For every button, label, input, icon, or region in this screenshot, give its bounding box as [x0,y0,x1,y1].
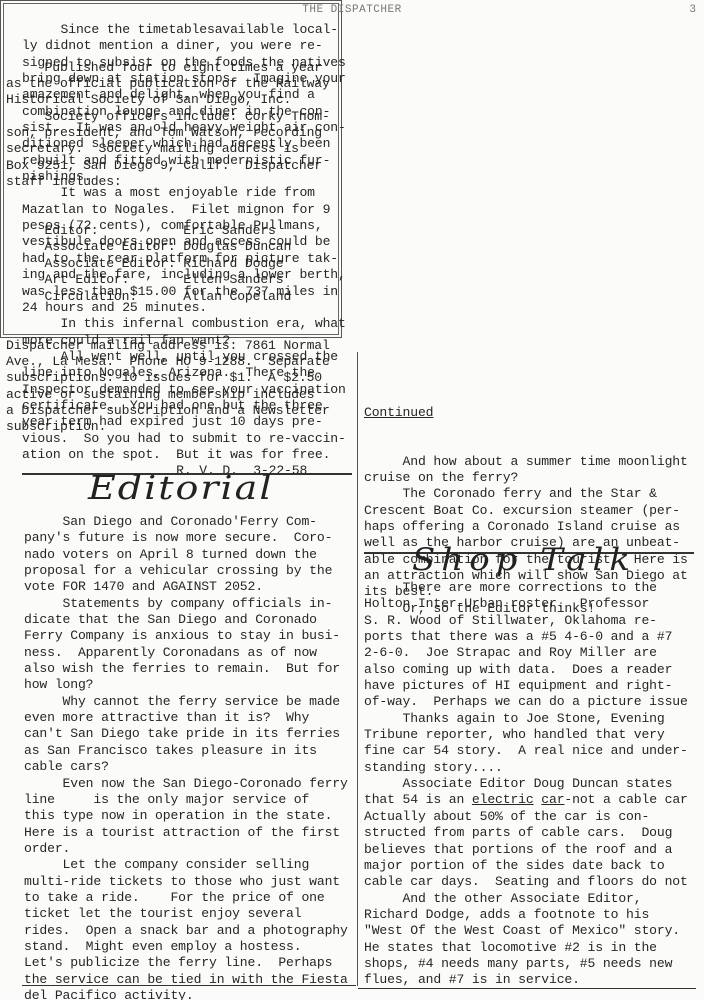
text-line: He states that locomotive #2 is in the [364,940,688,956]
text-line: even more attractive than it is? Why [24,710,356,726]
text-line: fine car 54 story. A real nice and under… [364,743,688,759]
staff-row: Associate Editor: Richard Dodge [6,256,330,272]
text-line: ness. Apparently Coronadans as of now [24,645,356,661]
text-line: cable car days. Seating and floors do no… [364,874,688,890]
text-line: order. [24,841,356,857]
text-line: Holton Inter-Urban roster. Professor [364,596,688,612]
text-line: And how about a summer time moonlight [364,454,688,470]
staff-row: Associate Editor: Douglas Duncan [6,239,330,255]
text-line: The Coronado ferry and the Star & [364,486,688,502]
text-line: a Dispatcher subscription and a Newslett… [6,403,330,419]
text-line: standing story.... [364,760,688,776]
text-line: subscriptions: 10 issues for $1. A $2.50 [6,370,330,386]
staff-list: Editor: Eric Sanders Associate Editor: D… [6,223,330,305]
text-line: haps offering a Coronado Island cruise a… [364,519,688,535]
text-line: multi-ride tickets to those who just wan… [24,874,356,890]
text-line: S. R. Wood of Stillwater, Oklahoma re- [364,613,688,629]
text-line: of-way. Perhaps we can do a picture issu… [364,694,688,710]
text-line: son, president, and Tom Watson, recordin… [6,125,330,141]
divider-editorial-end [22,985,356,986]
text-line: cable cars? [24,759,356,775]
text-line: can't San Diego take pride in its ferrie… [24,726,356,742]
text-line: del Pacifico activity. [24,988,356,1000]
text-line: also wish the ferries to remain. But for [24,661,356,677]
text-line: Let's publicize the ferry line. Perhaps [24,955,356,971]
text-line: as the official publication of the Railw… [6,76,330,92]
text-line: Associate Editor Doug Duncan states [364,776,688,792]
text-line: also coming up with data. Does a reader [364,662,688,678]
divider-shop-talk-end [358,988,696,989]
text-line: as San Francisco takes pleasure in its [24,743,356,759]
text-line: Box 9251, San Diego 9, Calif. Dispatcher [6,158,330,174]
text-line: Let the company consider selling [24,857,356,873]
text-line: this type now in operation in the state. [24,808,356,824]
column-divider [357,352,358,986]
text-line: how long? [24,677,356,693]
text-line: Society officers include: Corky Thom- [6,109,330,125]
text-line: Richard Dodge, adds a footnote to his [364,907,688,923]
text-line: nado voters on April 8 turned down the [24,547,356,563]
masthead-info: Published four to eight times a yearas t… [6,27,330,468]
masthead-footer: Dispatcher mailing address is: 7861 Norm… [6,338,330,436]
text-line: Statements by company officials in- [24,596,356,612]
staff-row: Art Editor: Ellen Sanders [6,272,330,288]
text-line: stand. Might even employ a hostess. [24,939,356,955]
text-line: dicate that the San Diego and Coronado [24,612,356,628]
text-line: ports that there was a #5 4-6-0 and a #7 [364,629,688,645]
editorial-article: San Diego and Coronado'Ferry Com-pany's … [24,514,356,1000]
text-line: flues, and #7 is in service. [364,972,688,988]
shop-talk-heading: Shop Talk [412,542,636,578]
text-line: Here is a tourist attraction of the firs… [24,825,356,841]
text-line: Crescent Boat Co. excursion steamer (per… [364,503,688,519]
shop-talk-article: There are more corrections to theHolton … [364,580,688,989]
text-line: vote FOR 1470 and AGAINST 2052. [24,579,356,595]
text-line: Published four to eight times a year [6,60,330,76]
text-line: subscription. [6,419,330,435]
masthead-intro: Published four to eight times a yearas t… [6,60,330,191]
text-line: secretary. Society mailing address is [6,141,330,157]
text-line: major portion of the sides date back to [364,858,688,874]
text-line: 2-6-0. Joe Strapac and Roy Miller are [364,645,688,661]
text-line: Even now the San Diego-Coronado ferry [24,776,356,792]
masthead-title: THE DISPATCHER [0,4,704,16]
text-line: that 54 is an electric car-not a cable c… [364,792,688,808]
staff-row: Editor: Eric Sanders [6,223,330,239]
text-line: Thanks again to Joe Stone, Evening [364,711,688,727]
text-line: Ave., La Mesa. Phone HO 9-1288. Separate [6,354,330,370]
text-line: ticket let the tourist enjoy several [24,906,356,922]
text-line: have pictures of HI equipment and right- [364,678,688,694]
text-line: active or sustaining membership includes [6,387,330,403]
text-line: staff includes: [6,174,330,190]
text-line: Ferry Company is anxious to stay in busi… [24,628,356,644]
text-line: shops, #4 needs many parts, #5 needs new [364,956,688,972]
page-number: 3 [689,4,696,16]
staff-row: Circulation: Allan Copeland [6,289,330,305]
text-line: Actually about 50% of the car is con- [364,809,688,825]
text-line: line is the only major service of [24,792,356,808]
text-line: There are more corrections to the [364,580,688,596]
continued-label: Continued [364,405,688,421]
text-line: Dispatcher mailing address is: 7861 Norm… [6,338,330,354]
text-line: pany's future is now more secure. Coro- [24,530,356,546]
text-line: structed from parts of cable cars. Doug [364,825,688,841]
text-line: to take a ride. For the price of one [24,890,356,906]
text-line: And the other Associate Editor, [364,891,688,907]
text-line: Historical Society of San Diego, Inc. [6,92,330,108]
text-line: Why cannot the ferry service be made [24,694,356,710]
text-line: San Diego and Coronado'Ferry Com- [24,514,356,530]
text-line: cruise on the ferry? [364,470,688,486]
masthead-box: THE DISPATCHER 3 Published four to eight… [0,0,342,338]
text-line: believes that portions of the roof and a [364,842,688,858]
text-line: proposal for a vehicular crossing by the [24,563,356,579]
text-line: Tribune reporter, who handled that very [364,727,688,743]
text-line: "West Of the West Coast of Mexico" story… [364,923,688,939]
editorial-heading: Editorial [88,469,274,506]
text-line: rides. Open a snack bar and a photograph… [24,923,356,939]
